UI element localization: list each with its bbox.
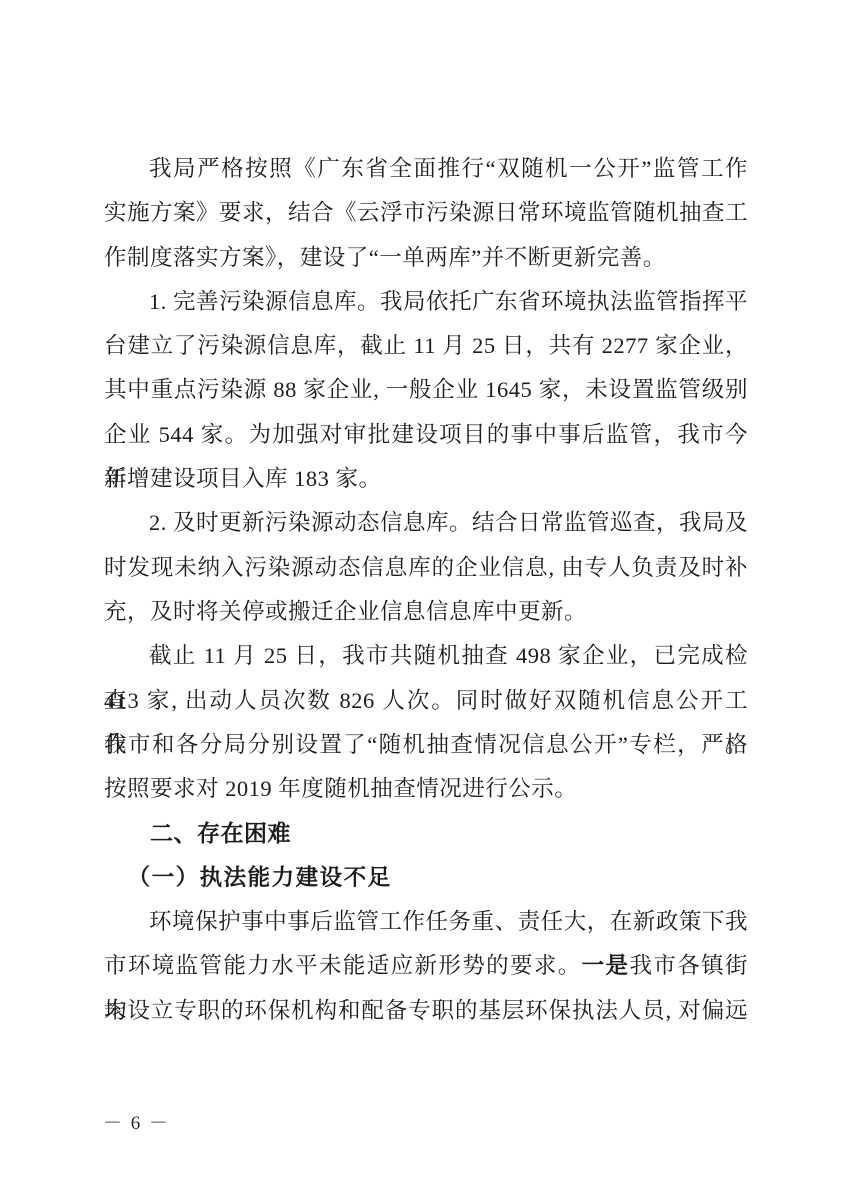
paragraph-4-line-1: 截止 11 月 25 日，我市共随机抽查 498 家企业，已完成检查: [104, 634, 748, 678]
section-heading: 二、存在困难: [104, 811, 748, 855]
paragraph-5-line-3: 未设立专职的环保机构和配备专职的基层环保执法人员, 对偏远: [104, 989, 748, 1033]
subsection-heading: （一）执法能力建设不足: [104, 856, 748, 900]
paragraph-5-line-2: 市环境监管能力水平未能适应新形势的要求。一是我市各镇街均: [104, 944, 748, 988]
paragraph-2-line-3: 其中重点污染源 88 家企业, 一般企业 1645 家，未设置监管级别: [104, 368, 748, 412]
document-body: 我局严格按照《广东省全面推行“双随机一公开”监管工作 实施方案》要求，结合《云浮…: [104, 147, 748, 1033]
paragraph-3-line-2: 时发现未纳入污染源动态信息库的企业信息, 由专人负责及时补: [104, 546, 748, 590]
paragraph-4-line-3: 我市和各分局分别设置了“随机抽查情况信息公开”专栏，严格: [104, 723, 748, 767]
document-page: 我局严格按照《广东省全面推行“双随机一公开”监管工作 实施方案》要求，结合《云浮…: [0, 0, 850, 1202]
paragraph-1-line-3: 作制度落实方案》，建设了“一单两库”并不断更新完善。: [104, 236, 748, 280]
paragraph-2-line-1: 1. 完善污染源信息库。我局依托广东省环境执法监管指挥平: [104, 280, 748, 324]
paragraph-1-line-2: 实施方案》要求，结合《云浮市污染源日常环境监管随机抽查工: [104, 191, 748, 235]
paragraph-3-line-1: 2. 及时更新污染源动态信息库。结合日常监管巡查，我局及: [104, 501, 748, 545]
paragraph-3-line-3: 充，及时将关停或搬迁企业信息信息库中更新。: [104, 590, 748, 634]
emphasis-text: 一是: [582, 953, 630, 978]
paragraph-5-line-1: 环境保护事中事后监管工作任务重、责任大，在新政策下我: [104, 900, 748, 944]
paragraph-4-line-2: 413 家, 出动人员次数 826 人次。同时做好双随机信息公开工作。: [104, 679, 748, 723]
paragraph-2-line-2: 台建立了污染源信息库，截止 11 月 25 日，共有 2277 家企业，: [104, 324, 748, 368]
paragraph-2-line-4: 企业 544 家。为加强对审批建设项目的事中事后监管，我市今年: [104, 413, 748, 457]
paragraph-2-line-5: 新增建设项目入库 183 家。: [104, 457, 748, 501]
paragraph-1-line-1: 我局严格按照《广东省全面推行“双随机一公开”监管工作: [104, 147, 748, 191]
paragraph-4-line-4: 按照要求对 2019 年度随机抽查情况进行公示。: [104, 767, 748, 811]
line-text-regular: 市环境监管能力水平未能适应新形势的要求。: [104, 953, 582, 978]
page-number: － 6 －: [103, 1108, 170, 1135]
